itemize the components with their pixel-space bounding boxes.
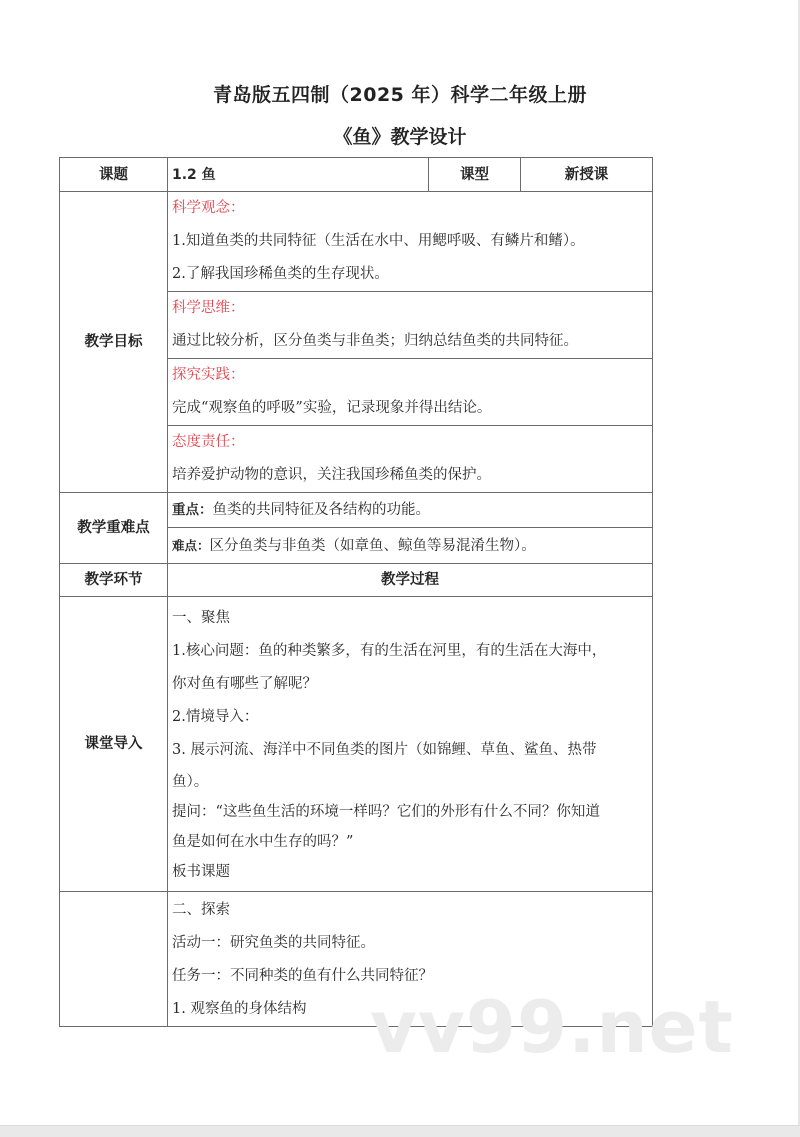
objective-line: 培养爱护动物的意识，关注我国珍稀鱼类的保护。 — [172, 459, 648, 492]
topic-value: 1.2 鱼 — [168, 158, 429, 192]
intro-line: 板书课题 — [172, 857, 648, 887]
objective-line: 2.了解我国珍稀鱼类的生存现状。 — [172, 258, 648, 291]
difficult-point-label: 难点： — [172, 538, 210, 553]
objective-line: 1.知道鱼类的共同特征（生活在水中、用鳃呼吸、有鳞片和鳍）。 — [172, 225, 648, 258]
intro-content: 一、聚焦 1.核心问题：鱼的种类繁多，有的生活在河里，有的生活在大海中， 你对鱼… — [168, 597, 653, 892]
table-row-topic: 课题 1.2 鱼 课型 新授课 — [60, 158, 653, 192]
key-point-cell: 重点：鱼类的共同特征及各结构的功能。 — [168, 493, 653, 528]
lesson-type-value: 新授课 — [521, 158, 653, 192]
table-row-objectives: 教学目标 科学观念： 1.知道鱼类的共同特征（生活在水中、用鳃呼吸、有鳞片和鳍）… — [60, 192, 653, 292]
key-points-label: 教学重难点 — [60, 493, 168, 564]
objective-line: 完成“观察鱼的呼吸”实验，记录现象并得出结论。 — [172, 392, 648, 425]
explore-line: 活动一：研究鱼类的共同特征。 — [172, 927, 648, 960]
objective-heading: 探究实践： — [172, 359, 648, 392]
lesson-plan-table: 课题 1.2 鱼 课型 新授课 教学目标 科学观念： 1.知道鱼类的共同特征（生… — [59, 157, 653, 1027]
topic-label: 课题 — [60, 158, 168, 192]
intro-line: 2.情境导入： — [172, 701, 648, 734]
objective-line: 通过比较分析，区分鱼类与非鱼类；归纳总结鱼类的共同特征。 — [172, 325, 648, 358]
objective-heading: 科学思维： — [172, 292, 648, 325]
key-point-label: 重点： — [172, 502, 213, 518]
stage-header: 教学环节 — [60, 564, 168, 597]
explore-line: 1. 观察鱼的身体结构 — [172, 993, 648, 1026]
table-row-process-header: 教学环节 教学过程 — [60, 564, 653, 597]
table-row-key-points: 教学重难点 重点：鱼类的共同特征及各结构的功能。 — [60, 493, 653, 528]
document-title: 青岛版五四制（2025 年）科学二年级上册 — [0, 80, 800, 107]
objective-heading: 态度责任： — [172, 426, 648, 459]
page-bottom-edge — [0, 1125, 800, 1137]
objective-section-practice: 探究实践： 完成“观察鱼的呼吸”实验，记录现象并得出结论。 — [168, 359, 653, 426]
intro-line: 3. 展示河流、海洋中不同鱼类的图片（如锦鲤、草鱼、鲨鱼、热带 — [172, 734, 648, 767]
table-row-intro: 课堂导入 一、聚焦 1.核心问题：鱼的种类繁多，有的生活在河里，有的生活在大海中… — [60, 597, 653, 892]
intro-line: 一、聚焦 — [172, 602, 648, 635]
explore-line: 任务一：不同种类的鱼有什么共同特征？ — [172, 960, 648, 993]
intro-line: 你对鱼有哪些了解呢？ — [172, 668, 648, 701]
objective-section-thinking: 科学思维： 通过比较分析，区分鱼类与非鱼类；归纳总结鱼类的共同特征。 — [168, 292, 653, 359]
objective-heading: 科学观念： — [172, 192, 648, 225]
difficult-point-cell: 难点：区分鱼类与非鱼类（如章鱼、鲸鱼等易混淆生物）。 — [168, 528, 653, 564]
intro-line: 提问：“这些鱼生活的环境一样吗？它们的外形有什么不同？你知道 — [172, 797, 648, 827]
explore-content: 二、探索 活动一：研究鱼类的共同特征。 任务一：不同种类的鱼有什么共同特征？ 1… — [168, 892, 653, 1027]
objective-section-concept: 科学观念： 1.知道鱼类的共同特征（生活在水中、用鳃呼吸、有鳞片和鳍）。 2.了… — [168, 192, 653, 292]
intro-line: 鱼是如何在水中生存的吗？” — [172, 827, 648, 857]
difficult-point-text: 区分鱼类与非鱼类（如章鱼、鲸鱼等易混淆生物）。 — [210, 538, 536, 554]
key-point-text: 鱼类的共同特征及各结构的功能。 — [213, 502, 431, 518]
intro-label: 课堂导入 — [60, 597, 168, 892]
objectives-label: 教学目标 — [60, 192, 168, 493]
intro-line: 1.核心问题：鱼的种类繁多，有的生活在河里，有的生活在大海中， — [172, 635, 648, 668]
lesson-type-label: 课型 — [429, 158, 521, 192]
table-row-explore: 二、探索 活动一：研究鱼类的共同特征。 任务一：不同种类的鱼有什么共同特征？ 1… — [60, 892, 653, 1027]
process-header: 教学过程 — [168, 564, 653, 597]
intro-line: 鱼）。 — [172, 767, 648, 797]
explore-label — [60, 892, 168, 1027]
document-subtitle: 《鱼》教学设计 — [0, 122, 800, 149]
objective-section-attitude: 态度责任： 培养爱护动物的意识，关注我国珍稀鱼类的保护。 — [168, 426, 653, 493]
explore-line: 二、探索 — [172, 894, 648, 927]
